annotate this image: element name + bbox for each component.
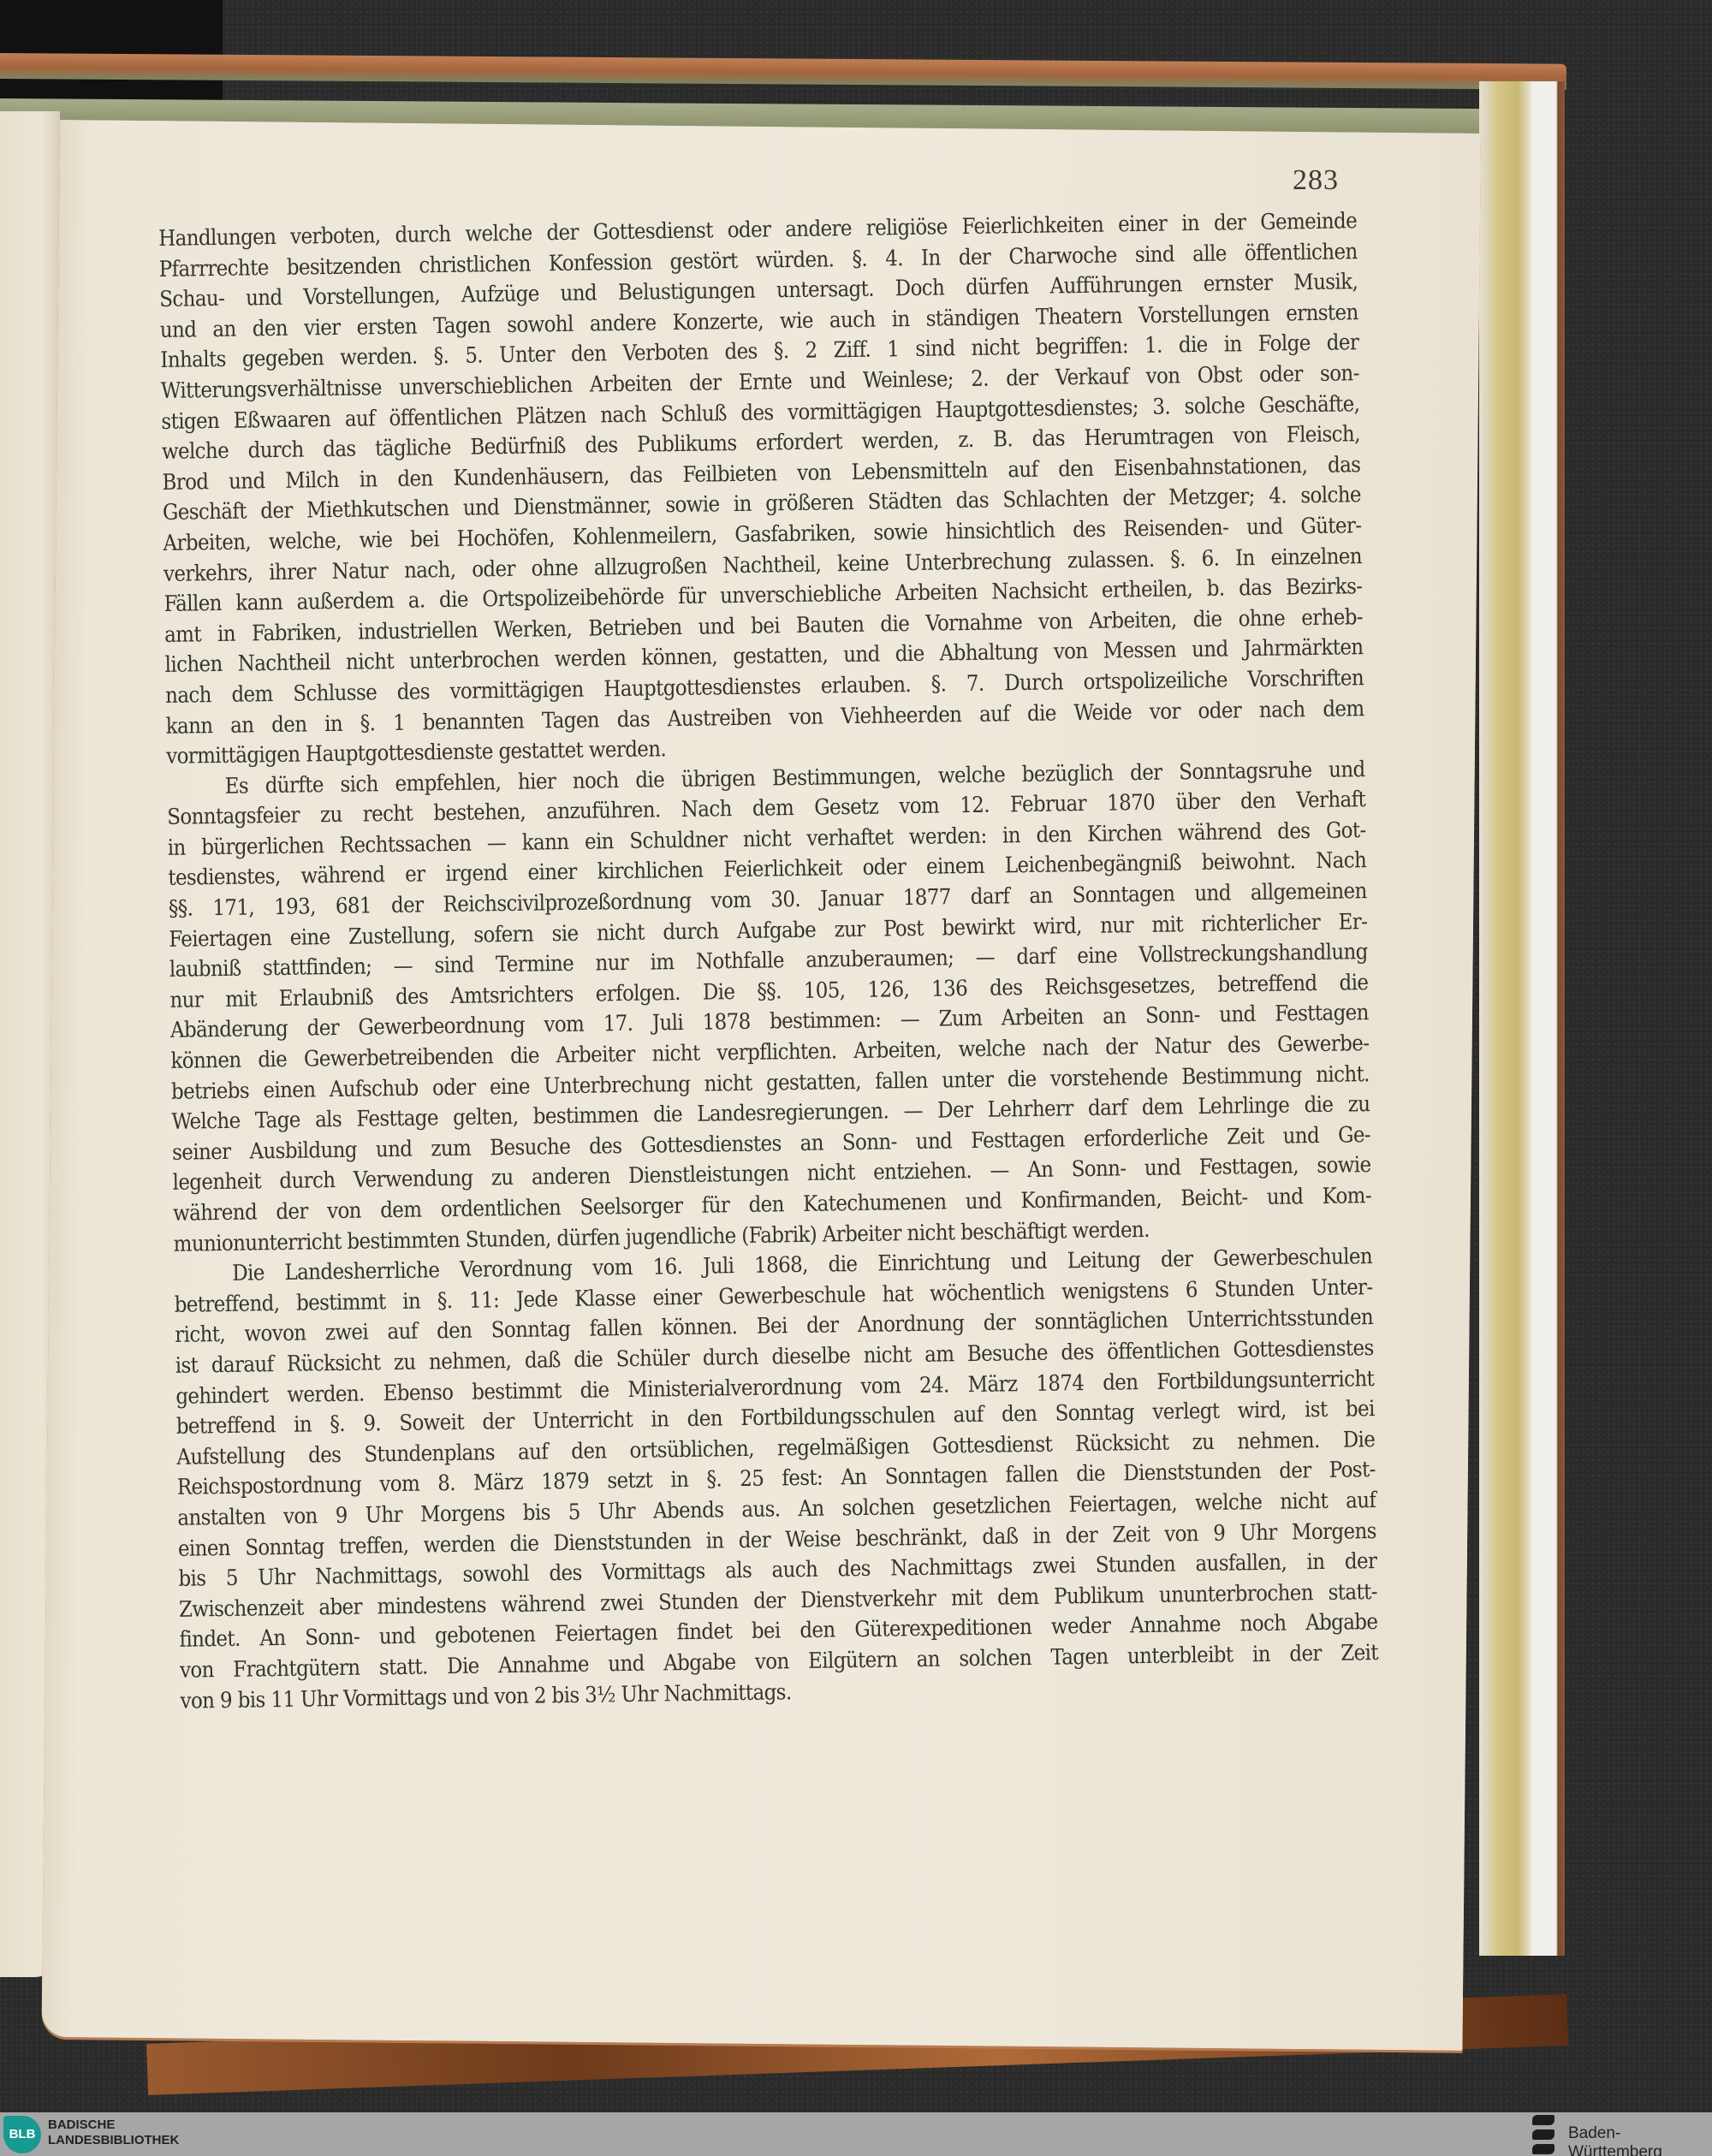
blb-logo-icon: BLB	[3, 2116, 41, 2153]
footer-bar: BLB BADISCHE LANDESBIBLIOTHEK Baden-Würt…	[0, 2112, 1712, 2156]
library-name-line2: LANDESBIBLIOTHEK	[48, 2133, 179, 2148]
page-body-text: Handlungen verboten, durch welche der Go…	[158, 206, 1379, 1717]
page-number: 283	[1293, 164, 1339, 197]
baden-wuerttemberg-lions-icon	[1532, 2115, 1554, 2154]
library-name-line1: BADISCHE	[48, 2117, 179, 2133]
state-name: Baden-Württemberg	[1568, 2124, 1712, 2156]
book-cover-top-edge	[0, 53, 1566, 90]
library-name: BADISCHE LANDESBIBLIOTHEK	[48, 2117, 179, 2148]
book-page-edges	[1479, 81, 1565, 1956]
